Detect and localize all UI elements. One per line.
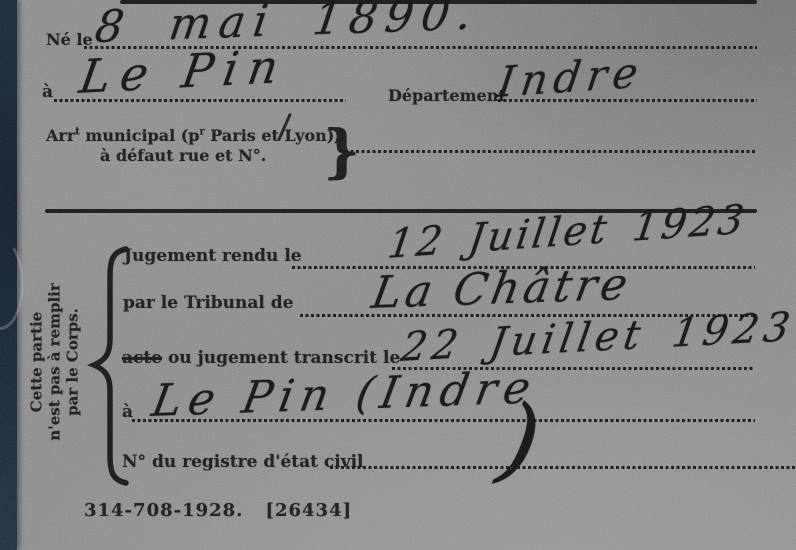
- transcript-label: acte ou jugement transcrit le: [122, 348, 400, 368]
- handwritten-birthplace: Le Pin: [76, 39, 292, 104]
- print-code: 314-708-1928.[26434]: [84, 500, 352, 521]
- district-label-suffix: Paris et Lyon),: [205, 126, 340, 145]
- margin-note-line2: n'est pas à remplir: [46, 255, 64, 470]
- registry-label: N° du registre d'état civil: [122, 452, 364, 472]
- district-label-line1: Arrt municipal (pr Paris et Lyon),: [46, 126, 340, 145]
- handwritten-transcript-place: Le Pin (Indre: [148, 362, 541, 427]
- print-code-ref: [26434]: [265, 500, 352, 521]
- district-label-line2: à défaut rue et N°.: [100, 146, 266, 165]
- margin-note: Cette partie n'est pas à remplir par le …: [28, 255, 84, 470]
- district-label-mid: municipal (p: [80, 126, 200, 145]
- birthplace-label: à: [42, 82, 53, 102]
- handwritten-judgment-date: 12 Juillet 1923: [385, 196, 750, 268]
- transcript-label-rest: ou jugement transcrit le: [162, 348, 400, 368]
- scanned-form-page: Né le 8 mai 1890. à Le Pin Département I…: [0, 0, 796, 550]
- handwritten-tribunal: La Châtre: [368, 259, 635, 319]
- tribunal-label: par le Tribunal de: [123, 293, 294, 313]
- paper-curl-mark: [0, 238, 24, 330]
- judgment-date-label: Jugement rendu le: [124, 246, 302, 266]
- district-line: [345, 150, 757, 153]
- district-label-prefix: Arr: [46, 126, 75, 145]
- print-code-number: 314-708-1928.: [84, 500, 243, 521]
- margin-note-line3: par le Corps.: [64, 255, 82, 470]
- department-label: Département: [388, 86, 506, 105]
- registry-line: [330, 466, 796, 469]
- transcript-label-struck: acte: [122, 348, 162, 368]
- margin-note-line1: Cette partie: [28, 255, 46, 470]
